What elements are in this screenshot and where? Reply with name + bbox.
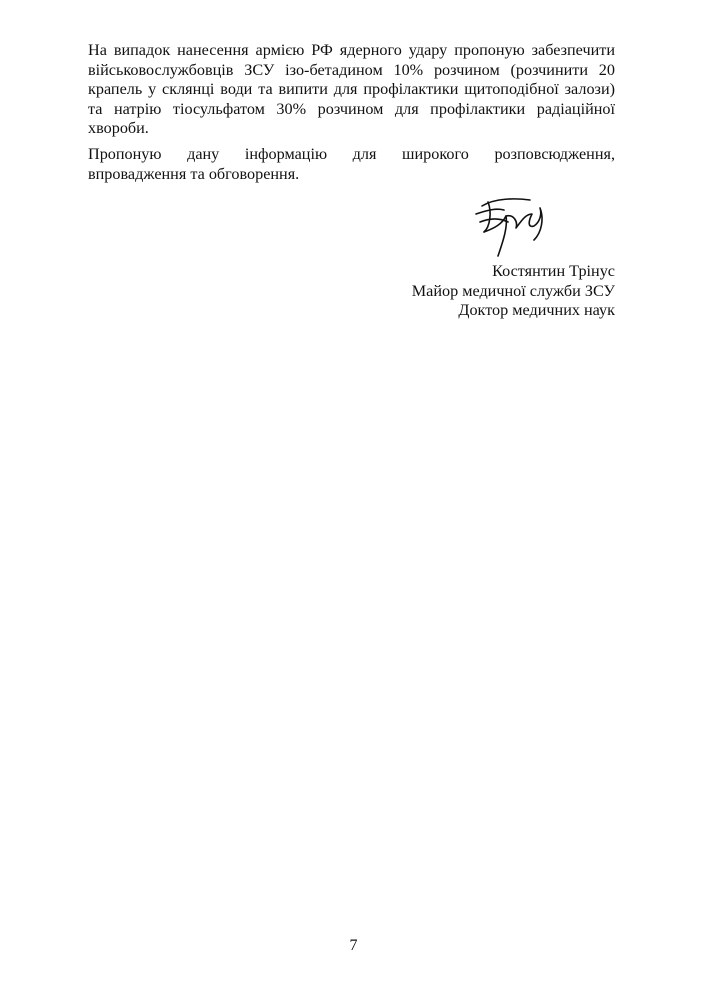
signer-name: Костянтин Трінус bbox=[412, 262, 615, 282]
text-line: хвороби. bbox=[88, 119, 615, 139]
text-line: та натрію тіосульфатом 30% розчином для … bbox=[88, 100, 615, 120]
paragraph-nuclear-prophylaxis: На випадок нанесення армією РФ ядерного … bbox=[88, 41, 615, 139]
signer-rank: Майор медичної служби ЗСУ bbox=[412, 282, 615, 302]
text-line: На випадок нанесення армією РФ ядерного … bbox=[88, 41, 615, 61]
paragraph-distribution-proposal: Пропоную дану інформацію для широкого ро… bbox=[88, 145, 615, 184]
signature-block: Костянтин Трінус Майор медичної служби З… bbox=[412, 262, 615, 321]
text-line: крапель у склянці води та випити для про… bbox=[88, 80, 615, 100]
text-line: Пропоную дану інформацію для широкого ро… bbox=[88, 145, 615, 165]
text-line: військовослужбовців ЗСУ ізо-бетадином 10… bbox=[88, 61, 615, 81]
text-line: впровадження та обговорення. bbox=[88, 165, 615, 185]
signer-degree: Доктор медичних наук bbox=[412, 301, 615, 321]
page-number: 7 bbox=[0, 937, 707, 955]
handwritten-signature-icon bbox=[470, 192, 560, 262]
document-page: На випадок нанесення армією РФ ядерного … bbox=[0, 0, 707, 1000]
